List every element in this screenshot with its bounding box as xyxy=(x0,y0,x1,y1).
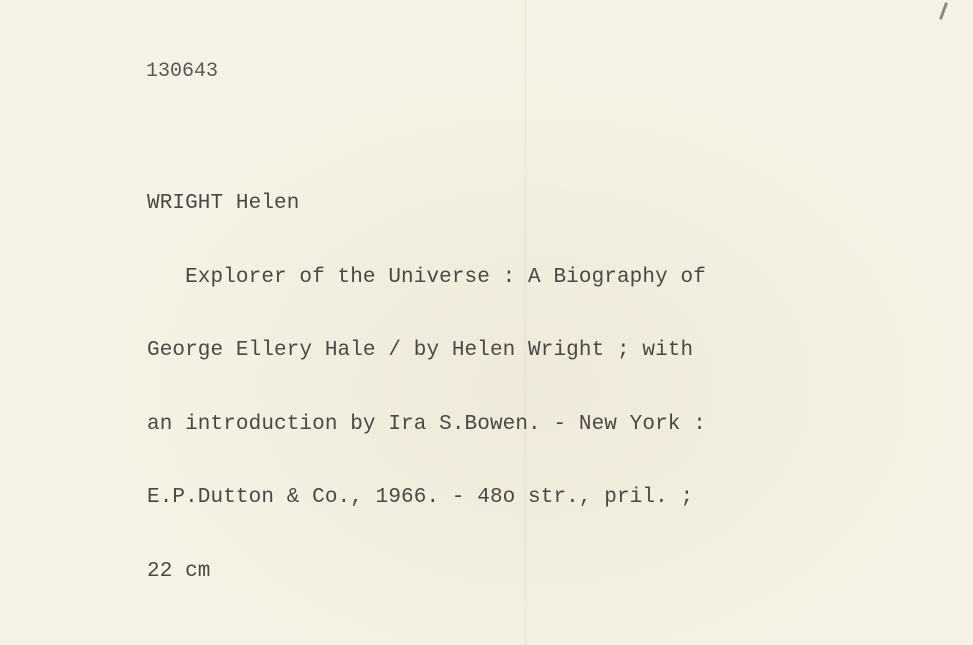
catalog-entry: WRIGHT Helen Explorer of the Universe : … xyxy=(147,143,706,633)
author-heading: WRIGHT Helen xyxy=(147,192,706,217)
pencil-mark xyxy=(939,2,948,20)
entry-line: E.P.Dutton & Co., 1966. - 48o str., pril… xyxy=(147,486,706,511)
entry-line: Explorer of the Universe : A Biography o… xyxy=(147,266,706,291)
entry-line: 22 cm xyxy=(147,560,706,585)
entry-line: an introduction by Ira S.Bowen. - New Yo… xyxy=(147,413,706,438)
catalog-card: 130643 WRIGHT Helen Explorer of the Univ… xyxy=(0,0,973,645)
accession-number: 130643 xyxy=(146,60,218,83)
entry-line: George Ellery Hale / by Helen Wright ; w… xyxy=(147,339,706,364)
